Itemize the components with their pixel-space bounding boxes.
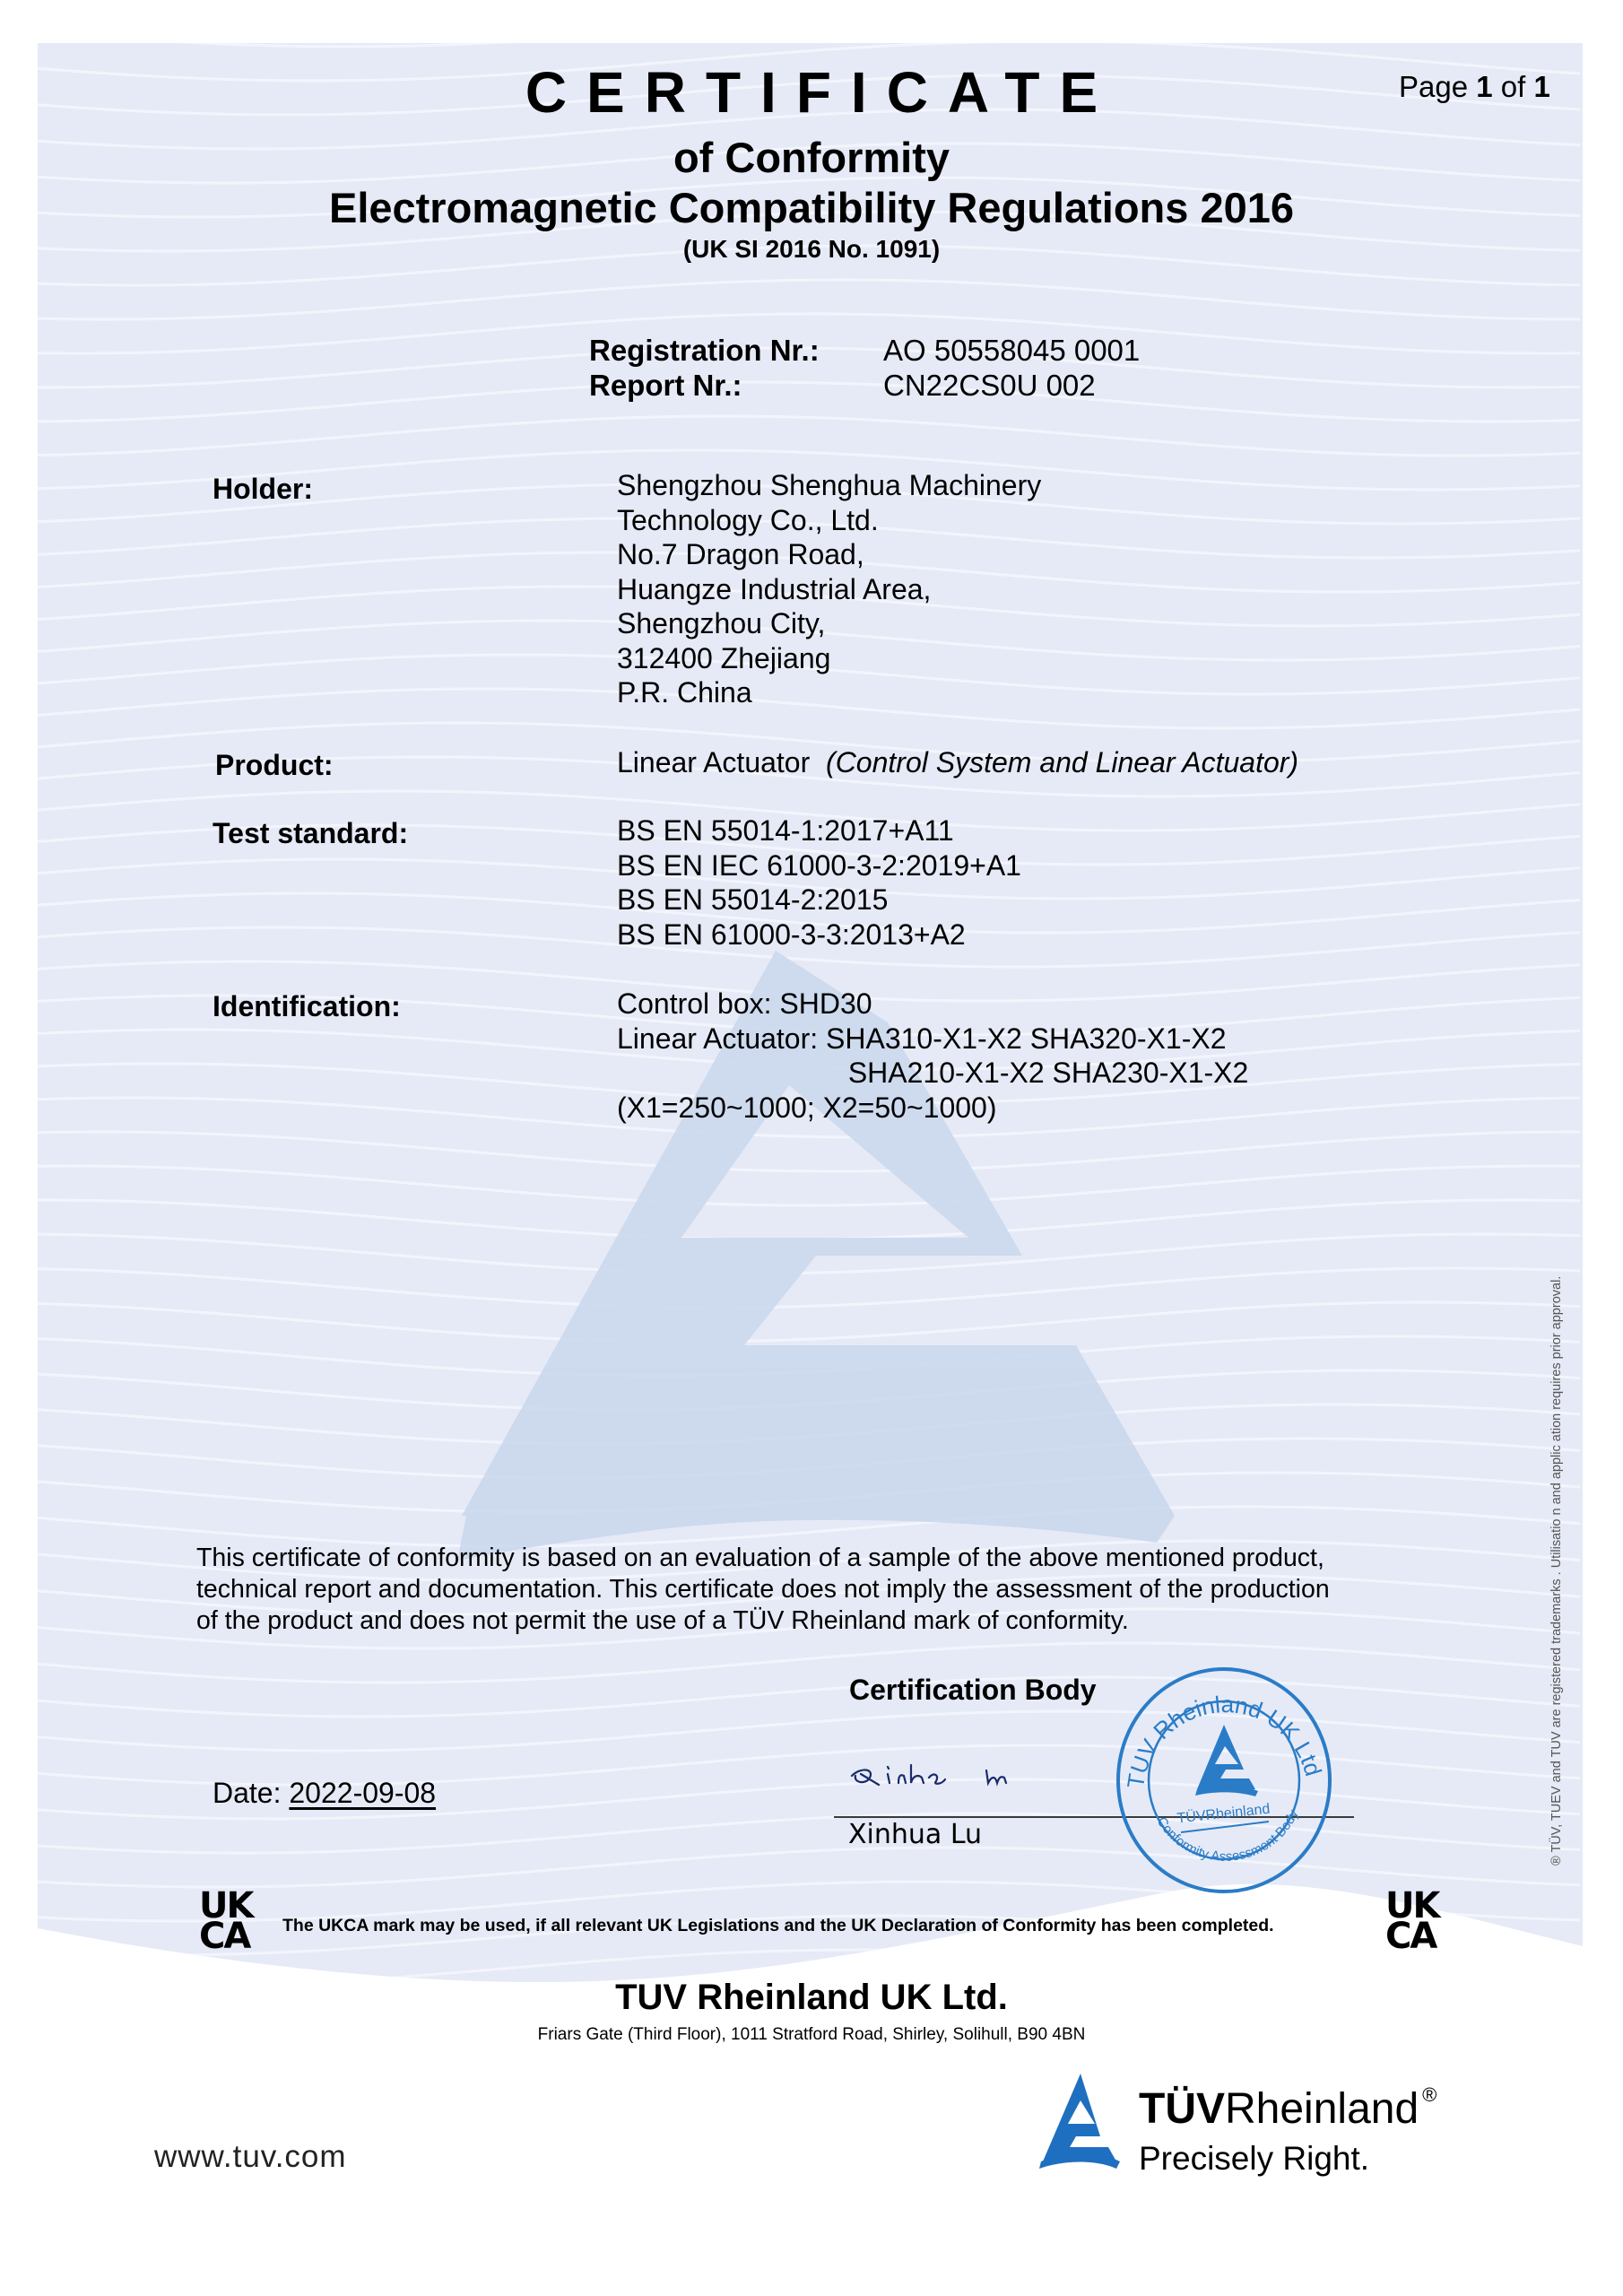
holder-line: Shengzhou City, (617, 606, 1041, 641)
identification-line: (X1=250~1000; X2=50~1000) (617, 1091, 1248, 1126)
holder-line: No.7 Dragon Road, (617, 537, 1041, 572)
issuer-company-address: Friars Gate (Third Floor), 1011 Stratfor… (0, 2025, 1623, 2045)
page-of: of (1501, 70, 1526, 103)
holder-address: Shengzhou Shenghua Machinery Technology … (617, 468, 1041, 710)
certification-stamp: TUV Rheinland UK Ltd. Conformity Assessm… (1107, 1664, 1341, 1897)
date-value: 2022-09-08 (289, 1777, 436, 1809)
test-standard-list: BS EN 55014-1:2017+A11 BS EN IEC 61000-3… (617, 813, 1021, 952)
registration-label: Registration Nr.: (589, 334, 820, 368)
disclaimer-line: technical report and documentation. This… (196, 1574, 1452, 1605)
tuv-triangle-logo-icon (1027, 2065, 1134, 2172)
disclaimer-paragraph: This certificate of conformity is based … (196, 1543, 1452, 1637)
brand-tagline: Precisely Right. (1139, 2140, 1369, 2178)
ukca-mark-right: UKCA (1385, 1891, 1438, 1952)
identification-line: Linear Actuator: SHA310-X1-X2 SHA320-X1-… (617, 1022, 1248, 1057)
subtitle-of-conformity: of Conformity (0, 133, 1623, 182)
date-label: Date: (213, 1777, 281, 1809)
test-standard-item: BS EN 55014-2:2015 (617, 883, 1021, 918)
holder-line: P.R. China (617, 675, 1041, 710)
identification-line: SHA210-X1-X2 SHA230-X1-X2 (617, 1056, 1248, 1091)
identification-label: Identification: (213, 990, 401, 1023)
product-name: Linear Actuator (617, 746, 810, 778)
product-label: Product: (215, 749, 334, 782)
certificate-title: CERTIFICATE (0, 59, 1623, 126)
product-value: Linear Actuator (Control System and Line… (617, 745, 1298, 780)
brand-bold: TÜV (1139, 2085, 1225, 2133)
page-indicator: Page 1 of 1 (1399, 70, 1550, 104)
page-total: 1 (1533, 70, 1549, 103)
report-label: Report Nr.: (589, 369, 742, 403)
issuer-company-name: TUV Rheinland UK Ltd. (0, 1978, 1623, 2018)
test-standard-label: Test standard: (213, 817, 408, 850)
product-detail: (Control System and Linear Actuator) (826, 746, 1298, 778)
page-prefix: Page (1399, 70, 1468, 103)
brand-wordmark: TÜVRheinland® (1139, 2083, 1436, 2134)
test-standard-item: BS EN 61000-3-3:2013+A2 (617, 918, 1021, 952)
disclaimer-line: This certificate of conformity is based … (196, 1543, 1452, 1574)
holder-label: Holder: (213, 473, 313, 506)
holder-line: Huangze Industrial Area, (617, 572, 1041, 607)
subtitle-regulation: Electromagnetic Compatibility Regulation… (0, 183, 1623, 232)
trademark-side-note: ® TÜV, TUEV and TUV are registered trade… (1549, 1276, 1564, 1865)
registration-value: AO 50558045 0001 (883, 334, 1140, 368)
ukca-mark-left: UKCA (199, 1891, 252, 1952)
stamp-logo-icon (1195, 1725, 1258, 1796)
ukca-note: The UKCA mark may be used, if all releva… (282, 1916, 1274, 1936)
registered-mark: ® (1422, 2083, 1436, 2106)
holder-line: Technology Co., Ltd. (617, 503, 1041, 538)
signer-name: Xinhua Lu (848, 1819, 982, 1850)
subtitle-statutory-instrument: (UK SI 2016 No. 1091) (0, 235, 1623, 264)
page-current: 1 (1476, 70, 1492, 103)
holder-line: 312400 Zhejiang (617, 641, 1041, 676)
handwritten-signature (843, 1749, 1076, 1794)
test-standard-item: BS EN IEC 61000-3-2:2019+A1 (617, 848, 1021, 883)
holder-line: Shengzhou Shenghua Machinery (617, 468, 1041, 503)
website-link[interactable]: www.tuv.com (154, 2139, 347, 2175)
identification-line: Control box: SHD30 (617, 987, 1248, 1022)
date-field: Date: 2022-09-08 (213, 1777, 436, 1810)
certification-body-label: Certification Body (849, 1674, 1097, 1707)
disclaimer-line: of the product and does not permit the u… (196, 1605, 1452, 1637)
report-value: CN22CS0U 002 (883, 369, 1096, 403)
brand-regular: Rheinland (1225, 2085, 1419, 2133)
identification-list: Control box: SHD30 Linear Actuator: SHA3… (617, 987, 1248, 1125)
test-standard-item: BS EN 55014-1:2017+A11 (617, 813, 1021, 848)
